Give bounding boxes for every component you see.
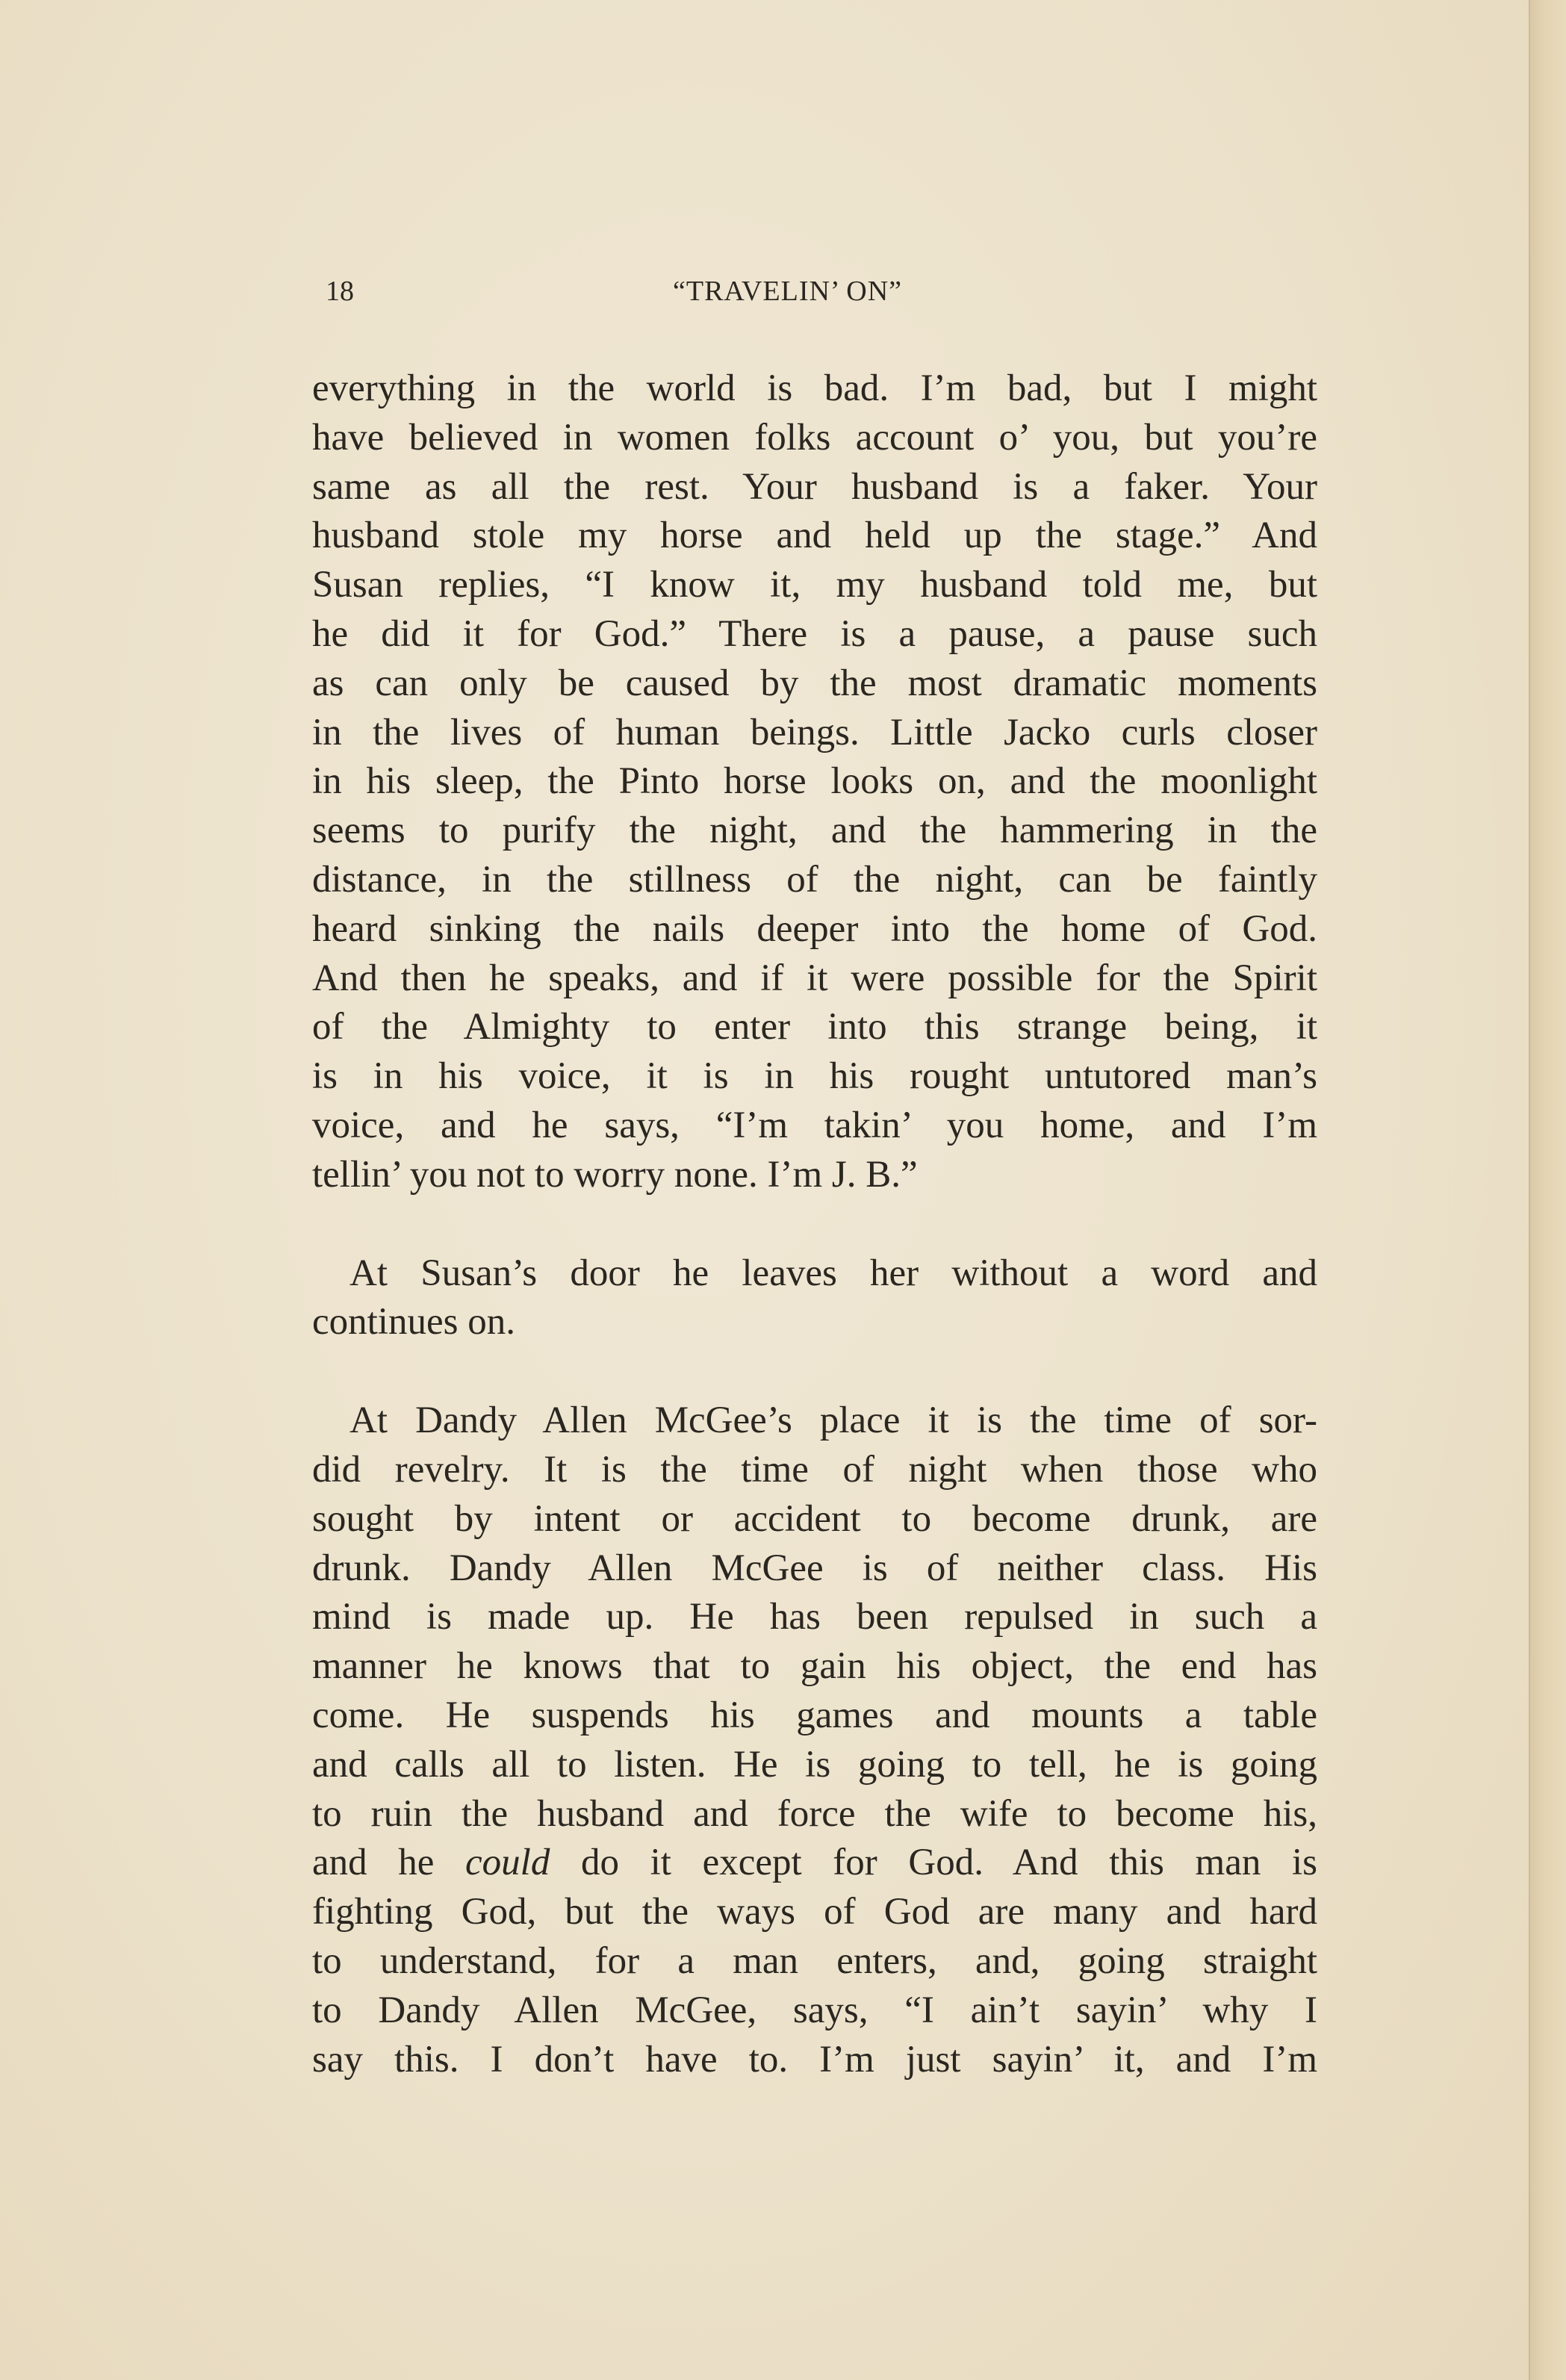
text-line: and calls all to listen. He is going to … bbox=[312, 1741, 1317, 1790]
text-line: say this. I don’t have to. I’m just sayi… bbox=[312, 2036, 1317, 2085]
text-line: distance, in the stillness of the night,… bbox=[312, 856, 1317, 905]
running-title: “TRAVELIN’ ON” bbox=[673, 275, 902, 308]
text-line: fighting God, but the ways of God are ma… bbox=[312, 1888, 1317, 1937]
text-line: same as all the rest. Your husband is a … bbox=[312, 463, 1317, 512]
paragraph: At Susan’s door he leaves her without a … bbox=[312, 1249, 1317, 1348]
text-line: to understand, for a man enters, and, go… bbox=[312, 1937, 1317, 1986]
text-line: he did it for God.” There is a pause, a … bbox=[312, 610, 1317, 659]
text-line: mind is made up. He has been repulsed in… bbox=[312, 1593, 1317, 1642]
text-fragment: do it except for God. And this man is bbox=[550, 1842, 1317, 1883]
text-line: sought by intent or accident to become d… bbox=[312, 1495, 1317, 1544]
text-line: drunk. Dandy Allen McGee is of neither c… bbox=[312, 1544, 1317, 1594]
text-line: come. He suspends his games and mounts a… bbox=[312, 1691, 1317, 1741]
page-number: 18 bbox=[326, 275, 354, 308]
text-line: heard sinking the nails deeper into the … bbox=[312, 905, 1317, 954]
text-line: At Susan’s door he leaves her without a … bbox=[312, 1249, 1317, 1299]
italic-emphasis: could bbox=[465, 1842, 550, 1883]
text-fragment: and he bbox=[312, 1842, 465, 1883]
text-line-with-italic: and he could do it except for God. And t… bbox=[312, 1839, 1317, 1888]
text-line: to Dandy Allen McGee, says, “I ain’t say… bbox=[312, 1986, 1317, 2036]
text-line: husband stole my horse and held up the s… bbox=[312, 512, 1317, 561]
page-edge bbox=[1529, 0, 1566, 2380]
text-line: And then he speaks, and if it were possi… bbox=[312, 954, 1317, 1004]
text-line: voice, and he says, “I’m takin’ you home… bbox=[312, 1102, 1317, 1151]
text-line: did revelry. It is the time of night whe… bbox=[312, 1446, 1317, 1495]
text-line: tellin’ you not to worry none. I’m J. B.… bbox=[312, 1151, 1317, 1200]
paragraph: everything in the world is bad. I’m bad,… bbox=[312, 364, 1317, 1200]
text-line: to ruin the husband and force the wife t… bbox=[312, 1790, 1317, 1839]
text-line: Susan replies, “I know it, my husband to… bbox=[312, 561, 1317, 610]
text-line: as can only be caused by the most dramat… bbox=[312, 659, 1317, 709]
text-line: of the Almighty to enter into this stran… bbox=[312, 1003, 1317, 1052]
text-line: in his sleep, the Pinto horse looks on, … bbox=[312, 757, 1317, 807]
text-line: everything in the world is bad. I’m bad,… bbox=[312, 364, 1317, 414]
paragraph: At Dandy Allen McGee’s place it is the t… bbox=[312, 1396, 1317, 2084]
text-line: manner he knows that to gain his object,… bbox=[312, 1642, 1317, 1691]
text-line: At Dandy Allen McGee’s place it is the t… bbox=[312, 1396, 1317, 1446]
page-header: 18 “TRAVELIN’ ON” bbox=[326, 275, 1296, 320]
text-line: seems to purify the night, and the hamme… bbox=[312, 807, 1317, 856]
body-text: everything in the world is bad. I’m bad,… bbox=[312, 364, 1317, 2084]
text-line: is in his voice, it is in his rought unt… bbox=[312, 1052, 1317, 1102]
text-line: in the lives of human beings. Little Jac… bbox=[312, 709, 1317, 758]
text-line: continues on. bbox=[312, 1298, 1317, 1347]
book-page: 18 “TRAVELIN’ ON” everything in the worl… bbox=[0, 0, 1529, 2380]
text-line: have believed in women folks account o’ … bbox=[312, 414, 1317, 463]
